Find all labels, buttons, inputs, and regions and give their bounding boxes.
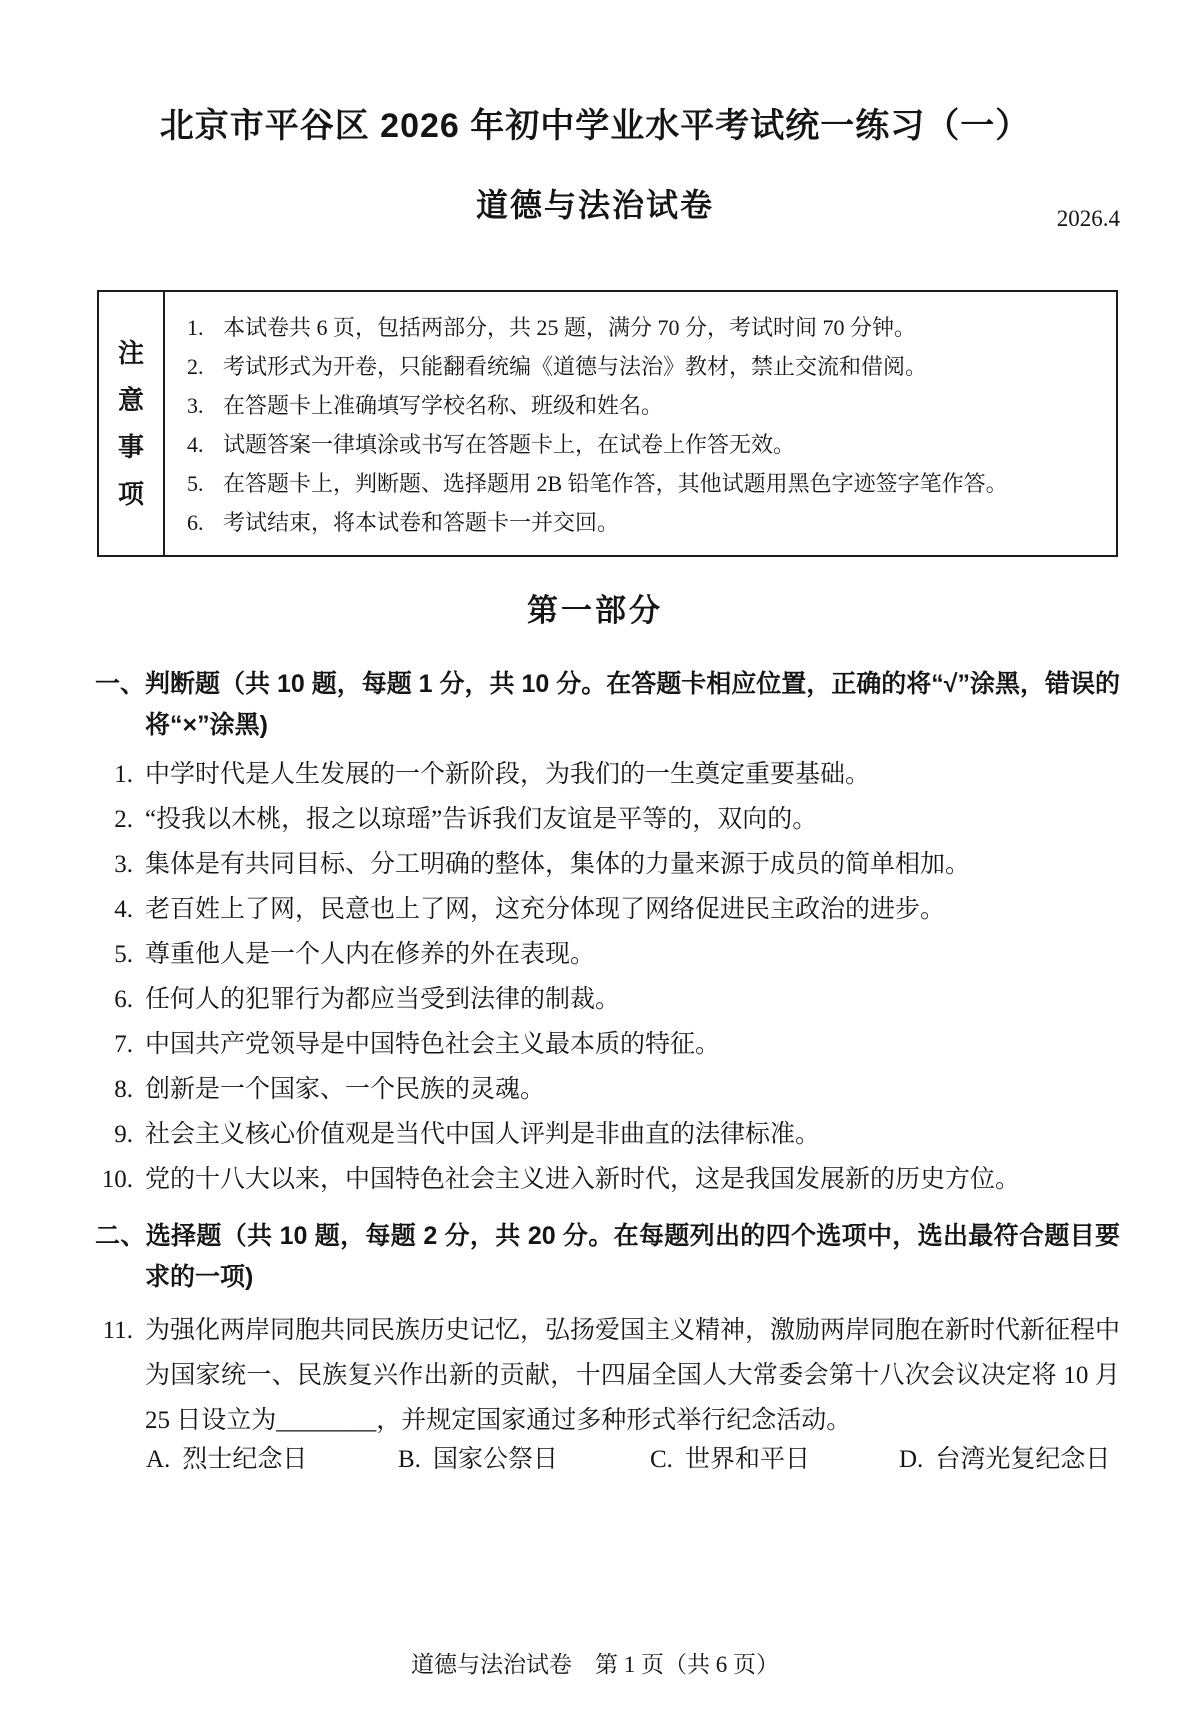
notice-item: 2. 考试形式为开卷，只能翻看统编《道德与法治》教材，禁止交流和借阅。 [187,347,1108,386]
option-item: B. 国家公祭日 [398,1443,650,1476]
notice-label-char: 项 [118,481,144,507]
question-row: 3. 集体是有共同目标、分工明确的整体，集体的力量来源于成员的简单相加。 [95,842,1120,887]
question-number: 5. [95,932,133,977]
question-row: 8. 创新是一个国家、一个民族的灵魂。 [95,1067,1120,1112]
option-item: C. 世界和平日 [650,1443,899,1476]
question-text: 为强化两岸同胞共同民族历史记忆，弘扬爱国主义精神，激励两岸同胞在新时代新征程中为… [145,1308,1120,1443]
question-row: 11. 为强化两岸同胞共同民族历史记忆，弘扬爱国主义精神，激励两岸同胞在新时代新… [95,1308,1120,1443]
page-footer: 道德与法治试卷 第 1 页（共 6 页） [0,1646,1190,1679]
notice-item-text: 考试结束，将本试卷和答题卡一并交回。 [223,503,619,542]
question-text: 任何人的犯罪行为都应当受到法律的制裁。 [145,977,620,1022]
judgment-section-header: 一、判断题（共 10 题，每题 1 分，共 10 分。在答题卡相应位置，正确的将… [95,664,1120,746]
judgment-question-list: 1. 中学时代是人生发展的一个新阶段，为我们的一生奠定重要基础。 2. “投我以… [95,752,1120,1202]
exam-paper-page: 北京市平谷区 2026 年初中学业水平考试统一练习（一） 道德与法治试卷 202… [0,0,1190,1716]
notice-item: 1. 本试卷共 6 页，包括两部分，共 25 题，满分 70 分，考试时间 70… [187,308,1108,347]
question-row: 1. 中学时代是人生发展的一个新阶段，为我们的一生奠定重要基础。 [95,752,1120,797]
option-label: C. [650,1443,673,1476]
notice-item-text: 本试卷共 6 页，包括两部分，共 25 题，满分 70 分，考试时间 70 分钟… [223,308,916,347]
option-text: 烈士纪念日 [182,1443,307,1476]
question-text: 集体是有共同目标、分工明确的整体，集体的力量来源于成员的简单相加。 [145,842,970,887]
notice-item-number: 3. [187,386,213,425]
option-text: 世界和平日 [685,1443,810,1476]
options-row: A. 烈士纪念日 B. 国家公祭日 C. 世界和平日 D. 台湾光复纪念日 [146,1443,1146,1476]
part-one-heading: 第一部分 [0,585,1190,630]
page-title: 北京市平谷区 2026 年初中学业水平考试统一练习（一） [0,98,1190,147]
notice-item-number: 6. [187,503,213,542]
choice-section-header: 二、选择题（共 10 题，每题 2 分，共 20 分。在每题列出的四个选项中，选… [95,1216,1120,1298]
notice-item-list: 1. 本试卷共 6 页，包括两部分，共 25 题，满分 70 分，考试时间 70… [165,292,1116,555]
question-row: 6. 任何人的犯罪行为都应当受到法律的制裁。 [95,977,1120,1022]
option-label: D. [899,1443,923,1476]
question-row: 9. 社会主义核心价值观是当代中国人评判是非曲直的法律标准。 [95,1112,1120,1157]
notice-item-number: 5. [187,464,213,503]
question-number: 3. [95,842,133,887]
notice-item-number: 1. [187,308,213,347]
question-number: 2. [95,797,133,842]
notice-item: 5. 在答题卡上，判断题、选择题用 2B 铅笔作答，其他试题用黑色字迹签字笔作答… [187,464,1108,503]
question-number: 1. [95,752,133,797]
notice-item-number: 2. [187,347,213,386]
notice-item-text: 考试形式为开卷，只能翻看统编《道德与法治》教材，禁止交流和借阅。 [223,347,927,386]
exam-subject-title: 道德与法治试卷 [0,180,1190,226]
question-text: 创新是一个国家、一个民族的灵魂。 [145,1067,545,1112]
question-text: 中国共产党领导是中国特色社会主义最本质的特征。 [145,1022,720,1067]
option-label: B. [398,1443,421,1476]
notice-item-number: 4. [187,425,213,464]
option-text: 台湾光复纪念日 [935,1443,1110,1476]
question-text: 中学时代是人生发展的一个新阶段，为我们的一生奠定重要基础。 [145,752,870,797]
section-prefix: 二、 [95,1222,146,1250]
question-row: 7. 中国共产党领导是中国特色社会主义最本质的特征。 [95,1022,1120,1067]
notice-label-char: 意 [118,387,144,413]
notice-item: 4. 试题答案一律填涂或书写在答题卡上，在试卷上作答无效。 [187,425,1108,464]
question-number: 4. [95,887,133,932]
question-text: “投我以木桃，报之以琼瑶”告诉我们友谊是平等的，双向的。 [145,797,817,842]
question-text: 党的十八大以来，中国特色社会主义进入新时代，这是我国发展新的历史方位。 [145,1157,1020,1202]
option-item: A. 烈士纪念日 [146,1443,398,1476]
question-text: 老百姓上了网，民意也上了网，这充分体现了网络促进民主政治的进步。 [145,887,945,932]
notice-item-text: 在答题卡上，判断题、选择题用 2B 铅笔作答，其他试题用黑色字迹签字笔作答。 [223,464,1008,503]
notice-label: 注 意 事 项 [99,292,165,555]
option-item: D. 台湾光复纪念日 [899,1443,1110,1476]
option-label: A. [146,1443,170,1476]
notice-item: 3. 在答题卡上准确填写学校名称、班级和姓名。 [187,386,1108,425]
question-number: 10. [95,1157,133,1202]
exam-date: 2026.4 [1057,206,1120,232]
section-intro-text: 判断题（共 10 题，每题 1 分，共 10 分。在答题卡相应位置，正确的将“√… [145,670,1120,739]
section-intro-text: 选择题（共 10 题，每题 2 分，共 20 分。在每题列出的四个选项中，选出最… [145,1222,1120,1291]
question-row: 2. “投我以木桃，报之以琼瑶”告诉我们友谊是平等的，双向的。 [95,797,1120,842]
question-text: 尊重他人是一个人内在修养的外在表现。 [145,932,595,977]
notice-item-text: 试题答案一律填涂或书写在答题卡上，在试卷上作答无效。 [223,425,795,464]
question-number: 11. [95,1308,133,1443]
notice-box: 注 意 事 项 1. 本试卷共 6 页，包括两部分，共 25 题，满分 70 分… [97,290,1118,557]
question-row: 5. 尊重他人是一个人内在修养的外在表现。 [95,932,1120,977]
notice-item-text: 在答题卡上准确填写学校名称、班级和姓名。 [223,386,663,425]
question-number: 8. [95,1067,133,1112]
question-row: 4. 老百姓上了网，民意也上了网，这充分体现了网络促进民主政治的进步。 [95,887,1120,932]
notice-label-char: 注 [118,340,144,366]
question-number: 9. [95,1112,133,1157]
notice-label-char: 事 [118,434,144,460]
question-number: 6. [95,977,133,1022]
question-row: 10. 党的十八大以来，中国特色社会主义进入新时代，这是我国发展新的历史方位。 [95,1157,1120,1202]
notice-item: 6. 考试结束，将本试卷和答题卡一并交回。 [187,503,1108,542]
section-prefix: 一、 [95,670,145,698]
option-text: 国家公祭日 [433,1443,558,1476]
question-number: 7. [95,1022,133,1067]
question-text: 社会主义核心价值观是当代中国人评判是非曲直的法律标准。 [145,1112,820,1157]
